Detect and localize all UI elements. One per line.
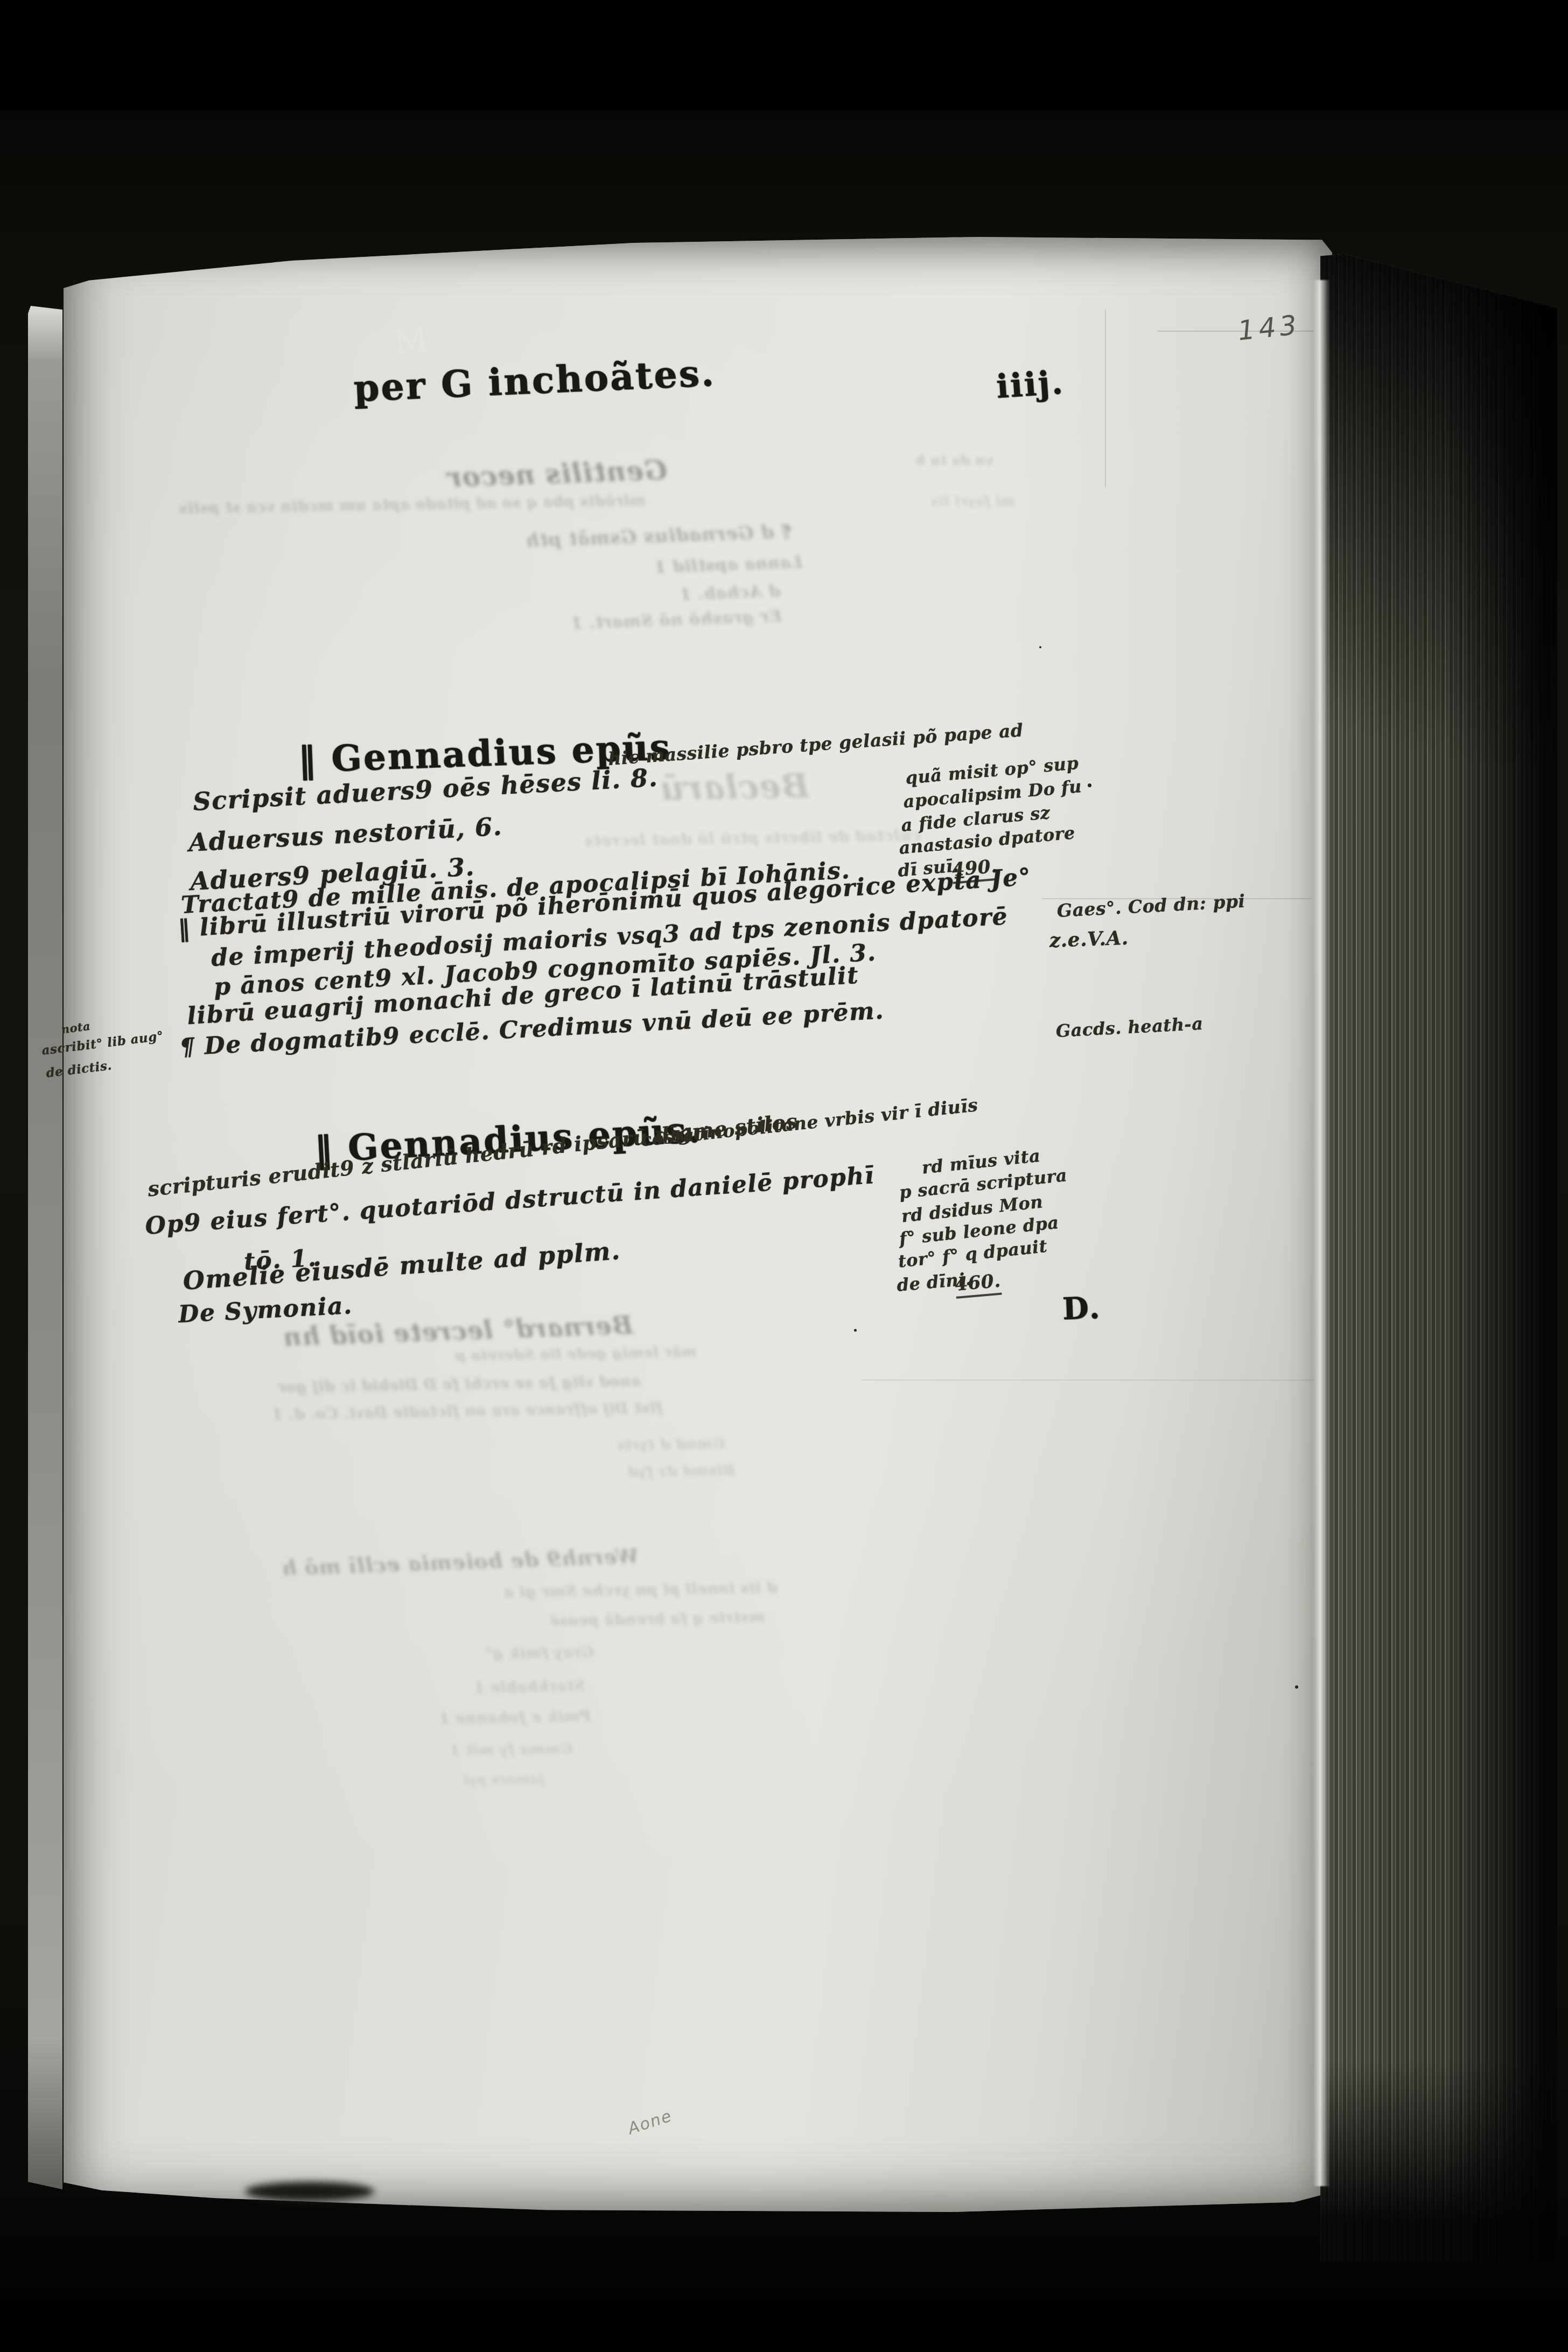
page-number-pencil: 143 [1236,309,1302,347]
work-line: Omelie eiusdē multe ad pplm. [182,1236,621,1296]
reader-note: nota [60,1019,92,1036]
side-gloss-year: 460. [954,1270,1002,1299]
manuscript-photograph: { "palette": { "background": "#060805", … [0,0,1568,2352]
shelfmark-note-1: Gaes°. Cod dn: ppi [1056,891,1245,921]
ink-text-layer: per G inchoãtes. iiij. 143 Aone M ‖ Genn… [0,0,1568,2352]
bottom-pencil-mark: Aone [626,2106,675,2138]
entry2-initial: D. [1062,1290,1102,1326]
shelfmark-note-1: z.e.V.A. [1049,927,1129,952]
work-line: De Symonia. [178,1292,353,1328]
reader-note: ascribit° lib aug° [41,1028,164,1058]
shelfmark-note-2: Gacds. heath-a [1055,1013,1203,1041]
reader-note: de dictis. [45,1058,113,1081]
folio-number: iiij. [995,363,1066,406]
margin-scratch-mark: M [392,319,431,362]
work-line: Aduersus nestoriū, 6. [188,811,503,857]
